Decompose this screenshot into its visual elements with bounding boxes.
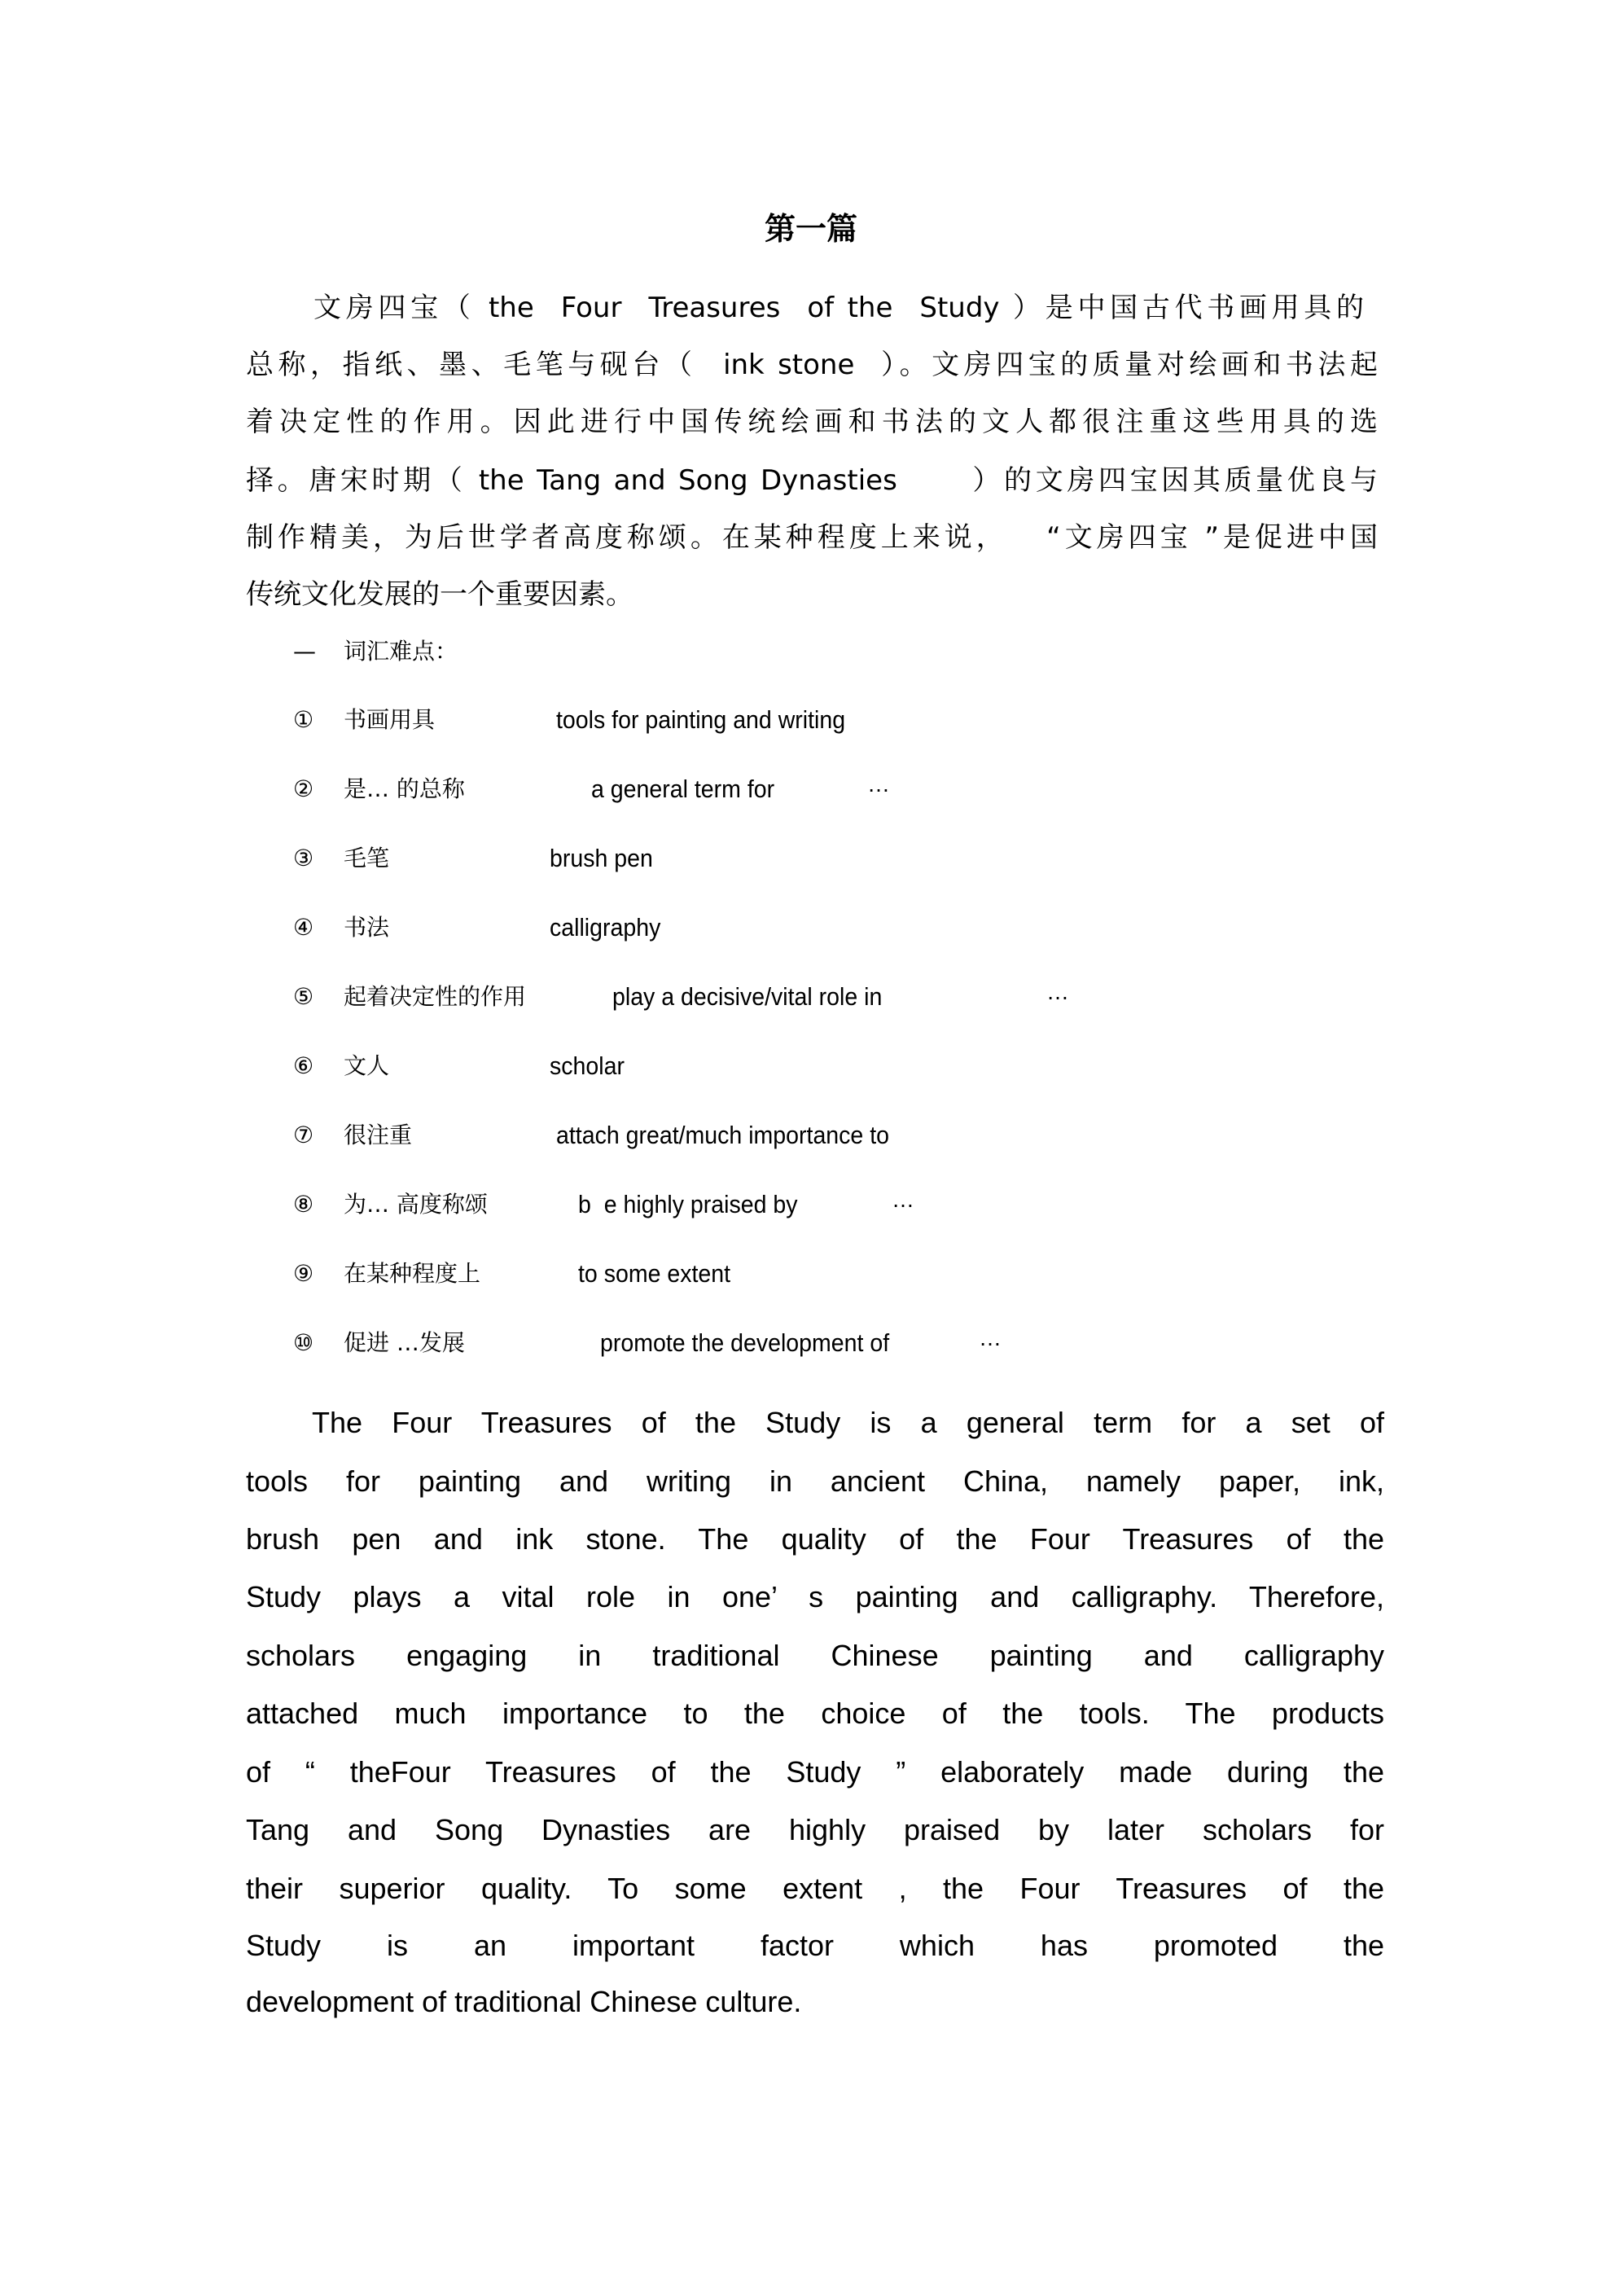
chinese-paragraph-line: 择。唐宋时期（ the Tang and Song Dynasties ）的文房… [246,460,1378,501]
circled-number: ⑩ [293,1325,313,1361]
vocabulary-term-chinese: 文人 [344,1048,389,1084]
vocabulary-header: —词汇难点： [293,634,458,669]
vocabulary-item: ⑨ 在某种程度上 to some extent [293,1256,1189,1292]
english-paragraph-line: Study plays a vital role in one’ s paint… [246,1577,1384,1618]
vocabulary-item: ① 书画用具 tools for painting and writing [293,702,1189,738]
vocabulary-term-chinese: 在某种程度上 [344,1256,480,1292]
english-paragraph-line: their superior quality. To some extent ,… [246,1868,1384,1909]
vocabulary-term-english: scholar [550,1048,625,1084]
vocabulary-term-chinese: 促进 …发展 [344,1325,465,1361]
english-paragraph-line: brush pen and ink stone. The quality of … [246,1519,1384,1560]
vocabulary-term-english: b e highly praised by [578,1187,798,1223]
english-paragraph-line: of “ theFour Treasures of the Study ” el… [246,1752,1384,1793]
english-paragraph-line: The Four Treasures of the Study is a gen… [312,1403,1384,1443]
vocabulary-term-chinese: 起着决定性的作用 [344,979,526,1015]
vocabulary-term-english: calligraphy [550,910,660,946]
vocabulary-item: ⑧ 为… 高度称颂 b e highly praised by … [293,1187,1189,1223]
ellipsis: … [892,1182,914,1218]
chinese-paragraph-line: 着决定性的作用。因此进行中国传统绘画和书法的文人都很注重这些用具的选 [246,402,1378,442]
chinese-paragraph-line: 文房四宝（ the Four Treasures of the Study ）是… [313,288,1364,328]
vocabulary-term-chinese: 是… 的总称 [344,771,465,807]
english-paragraph-line: Study is an important factor which has p… [246,1925,1384,1966]
vocabulary-term-chinese: 书法 [344,910,389,946]
vocabulary-term-chinese: 毛笔 [344,841,389,876]
vocabulary-item: ③ 毛笔 brush pen [293,841,1189,876]
circled-number: ① [293,702,313,738]
ellipsis: … [867,766,890,802]
dash-bullet: — [293,634,344,669]
english-paragraph-line: scholars engaging in traditional Chinese… [246,1635,1384,1676]
vocabulary-term-english: attach great/much importance to [556,1117,889,1153]
vocabulary-item: ⑦ 很注重 attach great/much importance to [293,1117,1189,1153]
vocabulary-item: ② 是… 的总称 a general term for … [293,771,1189,807]
vocabulary-term-english: brush pen [550,841,653,876]
english-paragraph-line: Tang and Song Dynasties are highly prais… [246,1810,1384,1850]
vocabulary-term-chinese: 为… 高度称颂 [344,1187,488,1223]
vocabulary-term-english: to some extent [578,1256,730,1292]
circled-number: ⑤ [293,979,313,1015]
circled-number: ⑥ [293,1048,313,1084]
vocabulary-term-english: promote the development of [600,1325,889,1361]
circled-number: ② [293,771,313,807]
vocabulary-term-english: play a decisive/vital role in [612,979,882,1015]
vocabulary-item: ⑩ 促进 …发展 promote the development of … [293,1325,1189,1361]
circled-number: ④ [293,910,313,946]
document-page: 第一篇 文房四宝（ the Four Treasures of the Stud… [0,0,1622,2296]
page-title: 第一篇 [0,210,1622,248]
chinese-paragraph-line: 制作精美，为后世学者高度称颂。在某种程度上来说， “文房四宝 ”是促进中国 [246,517,1378,558]
chinese-paragraph-line: 传统文化发展的一个重要因素。 [246,574,1378,615]
vocabulary-item: ⑥ 文人 scholar [293,1048,1189,1084]
vocabulary-term-english: a general term for [591,771,774,807]
vocabulary-term-chinese: 很注重 [344,1117,412,1153]
vocabulary-item: ⑤ 起着决定性的作用 play a decisive/vital role in… [293,979,1189,1015]
ellipsis: … [979,1320,1002,1356]
vocabulary-item: ④ 书法 calligraphy [293,910,1189,946]
english-paragraph-line: development of traditional Chinese cultu… [246,1982,1384,2022]
vocabulary-term-english: tools for painting and writing [556,702,845,738]
circled-number: ⑧ [293,1187,313,1223]
english-paragraph-line: attached much importance to the choice o… [246,1693,1384,1734]
circled-number: ⑦ [293,1117,313,1153]
vocabulary-header-label: 词汇难点： [344,638,458,665]
vocabulary-term-chinese: 书画用具 [344,702,435,738]
circled-number: ③ [293,841,313,876]
chinese-paragraph-line: 总称，指纸、墨、毛笔与砚台（ ink stone ）。文房四宝的质量对绘画和书法… [246,345,1378,385]
circled-number: ⑨ [293,1256,313,1292]
ellipsis: … [1046,974,1069,1010]
english-paragraph-line: tools for painting and writing in ancien… [246,1461,1384,1502]
